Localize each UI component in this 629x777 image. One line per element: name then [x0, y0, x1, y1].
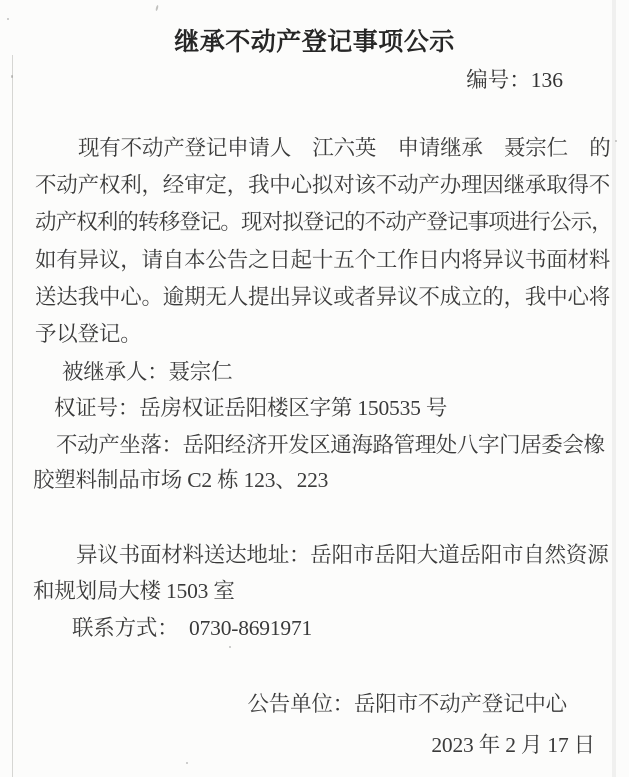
paragraph-line-3: 动产权利的转移登记。现对拟登记的不动产登记事项进行公示， [35, 210, 612, 235]
footer-issuer: 公告单位：岳阳市不动产登记中心 [247, 692, 567, 717]
scan-speck [186, 762, 188, 764]
paragraph-line-6: 予以登记。 [35, 322, 142, 347]
line-decedent: 被继承人：聂宗仁 [62, 360, 232, 385]
scanned-notice-page: 继承不动产登记事项公示 编号：136 现有不动产登记申请人 江六英 申请继承 聂… [0, 0, 629, 777]
line-property-location-2: 胶塑料制品市场 C2 栋 123、223 [33, 468, 328, 493]
paragraph-line-5: 送达我中心。逾期无人提出异议或者异议不成立的，我中心将 [35, 285, 610, 310]
line-contact-phone: 联系方式： 0730-8691971 [72, 616, 312, 641]
footer-date: 2023 年 2 月 17 日 [431, 733, 595, 758]
scan-speck [155, 5, 158, 11]
scan-speck [7, 18, 9, 20]
scan-speck [229, 646, 231, 648]
scan-edge-line [12, 55, 13, 777]
page-title: 继承不动产登记事项公示 [0, 22, 629, 58]
line-property-location-1: 不动产坐落：岳阳经济开发区通海路管理处八字门居委会橡 [56, 433, 605, 458]
scan-right-smudge [612, 0, 616, 777]
doc-number: 编号：136 [466, 63, 563, 94]
scan-speck [615, 140, 617, 142]
paragraph-line-4: 如有异议，请自本公告之日起十五个工作日内将异议书面材料 [35, 248, 610, 273]
line-objection-address-1: 异议书面材料送达地址：岳阳市岳阳大道岳阳市自然资源 [76, 543, 609, 568]
paragraph-line-applicant: 现有不动产登记申请人 江六英 申请继承 聂宗仁 的 [78, 136, 611, 161]
scan-speck [11, 75, 13, 78]
line-certificate-number: 权证号：岳房权证岳阳楼区字第 150535 号 [54, 396, 447, 421]
paragraph-line-2: 不动产权利，经审定，我中心拟对该不动产办理因继承取得不 [35, 173, 610, 198]
line-objection-address-2: 和规划局大楼 1503 室 [33, 579, 235, 604]
